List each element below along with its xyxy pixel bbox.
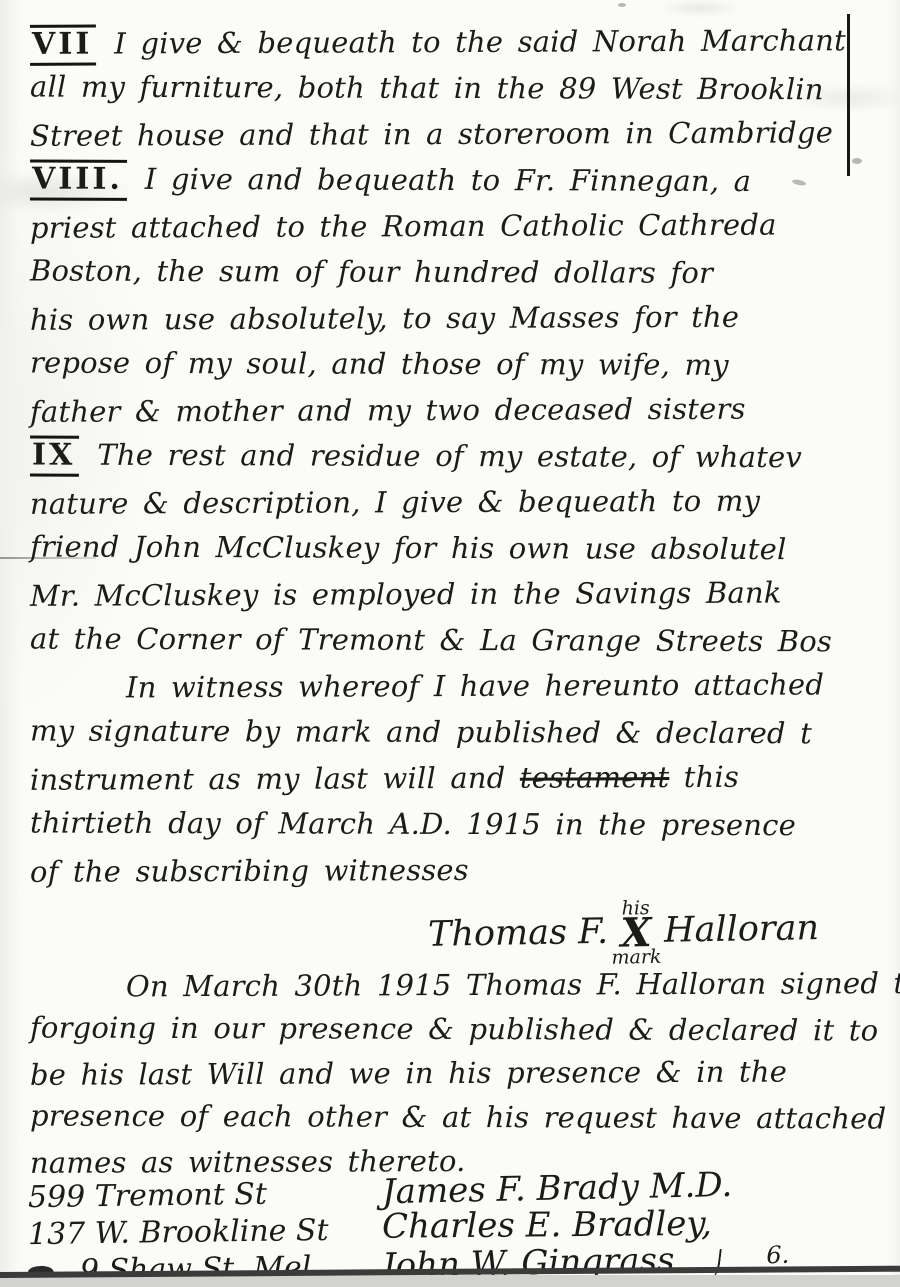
witness-signature: James F. Brady M.D. bbox=[382, 1164, 790, 1210]
testator-signature: Thomas F. his X mark Halloran bbox=[427, 894, 878, 968]
testator-signature-prefix: Thomas F. bbox=[428, 912, 609, 955]
witness-address: 599 Tremont St bbox=[28, 1176, 329, 1217]
will-line-text: I give and bequeath to Fr. Finnegan, a bbox=[145, 162, 751, 198]
will-line-text: Boston, the sum of four hundred dollars … bbox=[30, 254, 713, 290]
will-line-text: instrument as my last will and bbox=[30, 761, 520, 797]
witness-address: 137 W. Brookline St bbox=[28, 1213, 329, 1254]
will-line-text: The rest and residue of my estate, of wh… bbox=[97, 438, 802, 474]
will-line: VIII.I give and bequeath to Fr. Finnegan… bbox=[30, 157, 878, 206]
witness-signature-column: James F. Brady M.D. Charles E. Bradley, … bbox=[382, 1168, 789, 1279]
will-line-text: all my furniture, both that in the 89 We… bbox=[30, 70, 824, 107]
attestation-line-text: be his last Will and we in his presence … bbox=[30, 1055, 787, 1092]
section-numeral-vii: VII bbox=[30, 25, 97, 66]
will-line: repose of my soul, and those of my wife,… bbox=[30, 341, 878, 390]
will-line: of the subscribing witnesses bbox=[30, 846, 878, 896]
will-line: all my furniture, both that in the 89 We… bbox=[30, 65, 878, 114]
will-line-text: at the Corner of Tremont & La Grange Str… bbox=[30, 622, 832, 659]
will-text-body: VIII give & bequeath to the said Norah M… bbox=[30, 20, 878, 1184]
will-line: father & mother and my two deceased sist… bbox=[30, 386, 878, 436]
witness-address-text: 137 W. Brookline St bbox=[28, 1213, 329, 1252]
attestation-line: presence of each other & at his request … bbox=[30, 1095, 878, 1142]
will-line: priest attached to the Roman Catholic Ca… bbox=[30, 202, 878, 252]
will-line-text: of the subscribing witnesses bbox=[30, 853, 469, 889]
attestation-line: be his last Will and we in his presence … bbox=[30, 1050, 878, 1098]
will-line-text: my signature by mark and published & dec… bbox=[30, 714, 812, 751]
section-numeral-ix: IX bbox=[30, 436, 79, 477]
testator-signature-surname: Halloran bbox=[664, 908, 820, 951]
his-mark-stack: his X mark bbox=[611, 899, 662, 968]
attestation-line: forgoing in our presence & published & d… bbox=[30, 1007, 878, 1054]
scan-speck bbox=[618, 3, 626, 7]
section-numeral-viii: VIII. bbox=[30, 160, 127, 201]
will-line: nature & description, I give & bequeath … bbox=[30, 478, 878, 528]
will-line: Street house and that in a storeroom in … bbox=[30, 110, 878, 160]
witness-address-text: 599 Tremont St bbox=[28, 1177, 267, 1215]
will-line: his own use absolutely, to say Masses fo… bbox=[30, 294, 878, 344]
flourish-mark: 6. bbox=[766, 1241, 789, 1269]
attestation-line: On March 30th 1915 Thomas F. Halloran si… bbox=[30, 962, 878, 1010]
will-line-text: his own use absolutely, to say Masses fo… bbox=[30, 300, 739, 337]
signature-x-mark: X bbox=[620, 918, 652, 949]
will-line-text: I give & bequeath to the said Norah Marc… bbox=[114, 23, 846, 60]
will-line: IXThe rest and residue of my estate, of … bbox=[30, 433, 878, 482]
will-line: In witness whereof I have hereunto attac… bbox=[30, 662, 878, 712]
will-line-text: friend John McCluskey for his own use ab… bbox=[30, 530, 787, 567]
will-line-text: Mr. McCluskey is employed in the Savings… bbox=[30, 576, 782, 613]
will-line-with-strikeout: instrument as my last will and testament… bbox=[30, 754, 878, 804]
struck-word-testament: testament bbox=[520, 760, 670, 795]
will-line: Mr. McCluskey is employed in the Savings… bbox=[30, 570, 878, 620]
will-line-text: Street house and that in a storeroom in … bbox=[30, 115, 833, 153]
will-line-text: In witness whereof I have hereunto attac… bbox=[126, 667, 824, 704]
will-line: Boston, the sum of four hundred dollars … bbox=[30, 249, 878, 298]
will-line-text: father & mother and my two deceased sist… bbox=[30, 392, 746, 429]
will-line-text: this bbox=[669, 760, 739, 794]
will-line: thirtieth day of March A.D. 1915 in the … bbox=[30, 801, 878, 850]
will-line-text: repose of my soul, and those of my wife,… bbox=[30, 346, 729, 382]
attestation-line-text: presence of each other & at his request … bbox=[30, 1099, 900, 1136]
witness-signature: Charles E. Bradley, bbox=[382, 1203, 790, 1244]
attestation-line-text: On March 30th 1915 Thomas F. Halloran si… bbox=[126, 966, 900, 1004]
will-line: my signature by mark and published & dec… bbox=[30, 709, 878, 758]
will-line-text: thirtieth day of March A.D. 1915 in the … bbox=[30, 806, 796, 843]
attestation-line-text: forgoing in our presence & published & d… bbox=[30, 1011, 878, 1048]
will-line: VIII give & bequeath to the said Norah M… bbox=[30, 18, 878, 68]
scanned-will-page: { "colors": { "paper": "#fbfbf8", "ink":… bbox=[0, 0, 900, 1287]
attestation-clause: On March 30th 1915 Thomas F. Halloran si… bbox=[30, 964, 878, 1184]
will-line-text: priest attached to the Roman Catholic Ca… bbox=[30, 208, 777, 245]
will-line: friend John McCluskey for his own use ab… bbox=[30, 525, 878, 574]
will-line-text: nature & description, I give & bequeath … bbox=[30, 484, 760, 521]
will-line: at the Corner of Tremont & La Grange Str… bbox=[30, 617, 878, 666]
